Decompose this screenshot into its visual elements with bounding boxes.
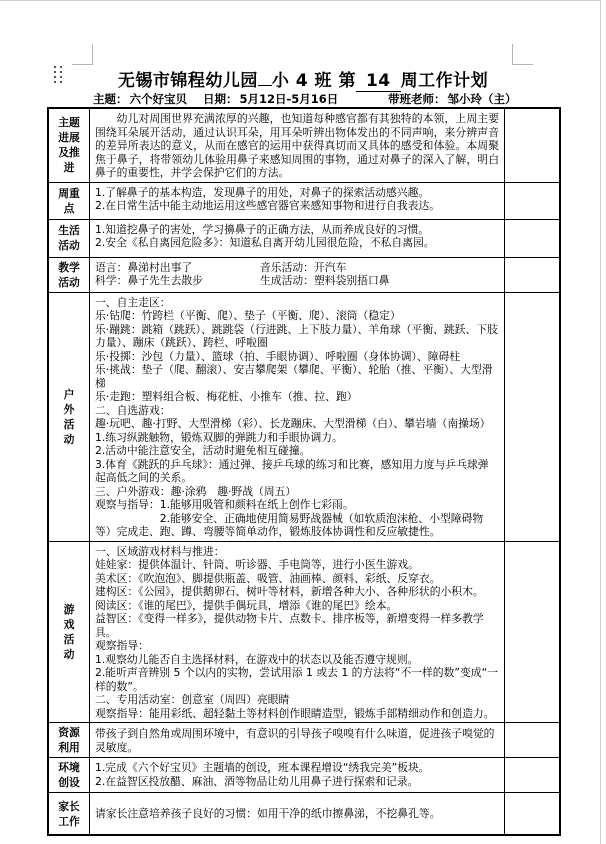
teacher-group: 带班老师：邹小玲（主） [388, 91, 523, 107]
text-line: 乐·走跑：塑料组合板、梅花桩、小推车（推、拉、跑） [95, 390, 499, 404]
page-title: 无锡市锦程幼儿园小 4 班 第14周工作计划 [0, 66, 606, 92]
theme-group: 主题：六个好宝贝 [93, 91, 193, 107]
row-label: 周重 点 [49, 183, 90, 219]
row-content: 1.知道挖鼻子的害处，学习擤鼻子的正确方法，从而养成良好的习惯。2.安全《私自离… [90, 220, 505, 257]
text-line: 观察指导： [95, 639, 499, 653]
title-week-suffix: 周工作计划 [401, 71, 489, 91]
row-label: 生活 活动 [49, 220, 90, 257]
row-content: 带孩子到自然角或周围环境中，有意识的引导孩子嗅嗅有什么味道，促进孩子嗅觉的灵敏度… [90, 723, 505, 757]
teacher-label: 带班老师： [388, 92, 446, 106]
text-line: 乐·投掷：沙包（力量）、篮球（拍、手眼协调）、呼啦圈（身体协调）、障碍柱 [95, 350, 499, 364]
text-line: 2.能够安全、正确地使用简易野战器械（如软质泡沫枪、小型障碍物等）完成走、跑、蹲… [95, 512, 499, 539]
row-content: 一、自主走区：乐·钻爬：竹跨栏（平衡、爬）、垫子（平衡、爬）、滚筒（稳定）乐·蹦… [90, 293, 505, 541]
margin-crop-mark-top-left [72, 44, 93, 65]
text-line: 乐·挑战：垫子（爬、翻滚）、安吉攀爬架（攀爬、平衡）、轮胎（推、平衡）、大型滑梯 [95, 363, 499, 390]
empty-cell [505, 220, 559, 257]
row-label: 主题 进展 及推 进 [49, 109, 90, 182]
text-line: 一、区域游戏材料与推进： [95, 545, 499, 559]
text-line: 阅读区：《谁的尾巴》，提供手偶玩具，增添《谁的尾巴》绘本。 [95, 599, 499, 613]
teacher-value: 邹小玲（主） [446, 92, 523, 108]
text-line: 1.完成《六个好宝贝》主题墙的创设，班本课程增设“绣我完美”板块。 [95, 761, 499, 775]
empty-cell [505, 793, 559, 834]
row-label: 资源 利用 [49, 723, 90, 757]
text-line: 二、专用活动室：创意室（周四）亮眼睛 [95, 693, 499, 707]
text-line: 2.在日常生活中能主动地运用这些感官器官来感知事物和进行自我表达。 [95, 199, 499, 213]
text-line: 趣·玩吧、趣·打野、大型滑梯（彩）、长龙蹦床、大型滑梯（白）、攀岩墙（南操场） [95, 417, 499, 431]
teaching-language: 语言：鼻涕村出事了 [95, 261, 260, 275]
title-week-prefix: 第 [338, 71, 356, 91]
title-school: 无锡市锦程幼儿园 [118, 71, 258, 91]
row-label: 教学 活动 [49, 258, 90, 292]
title-underline-blank [258, 85, 272, 86]
row-content: 一、区域游戏材料与推进：娃娃家：提供体温计、针筒、听诊器、手电筒等，进行小医生游… [90, 542, 505, 723]
text-line: 2.活动中能注意安全，活动时避免相互碰撞。 [95, 444, 499, 458]
table-row-outdoor-activity: 户 外 活 动 一、自主走区：乐·钻爬：竹跨栏（平衡、爬）、垫子（平衡、爬）、滚… [49, 293, 559, 542]
title-week-number: 14 [356, 71, 401, 92]
table-row-theme-progress: 主题 进展 及推 进 幼儿对周围世界充满浓厚的兴趣，也知道每种感官都有其独特的本… [49, 109, 559, 183]
teaching-generated: 生成活动：塑料袋别捂口鼻 [260, 274, 499, 288]
empty-cell [505, 109, 559, 182]
empty-cell [505, 258, 559, 292]
teaching-line-2: 科学：鼻子先生去散步 生成活动：塑料袋别捂口鼻 [95, 274, 499, 288]
text-line: 观察指导：能用彩纸、超轻黏土等材料创作眼睛造型，锻炼手部精细动作和创造力。 [95, 707, 499, 721]
empty-cell [505, 723, 559, 757]
text-line: 一、自主走区： [95, 296, 499, 310]
empty-cell [505, 293, 559, 541]
table-row-resource-use: 资源 利用 带孩子到自然角或周围环境中，有意识的引导孩子嗅嗅有什么味道，促进孩子… [49, 723, 559, 758]
text-line: 1.知道挖鼻子的害处，学习擤鼻子的正确方法，从而养成良好的习惯。 [95, 223, 499, 237]
date-value: 5月12日-5月16日 [238, 92, 345, 108]
document-page: 无锡市锦程幼儿园小 4 班 第14周工作计划 主题：六个好宝贝 日期：5月12日… [0, 0, 606, 844]
empty-cell [505, 542, 559, 723]
row-label: 游 戏 活 动 [49, 542, 90, 723]
row-label: 家长 工作 [49, 793, 90, 834]
teaching-music: 音乐活动：开汽车 [260, 261, 499, 275]
row-content: 幼儿对周围世界充满浓厚的兴趣，也知道每种感官都有其独特的本领，上周主要围绕耳朵展… [90, 109, 505, 182]
row-content: 请家长注意培养孩子良好的习惯：如用干净的纸巾擦鼻涕，不挖鼻孔等。 [90, 793, 505, 834]
page-edge-right [600, 0, 601, 844]
row-content: 1.完成《六个好宝贝》主题墙的创设，班本课程增设“绣我完美”板块。2.在益智区投… [90, 758, 505, 792]
text-line: 1.练习纵跳触物，锻炼双脚的弹跳力和手眼协调力。 [95, 431, 499, 445]
text-line: 请家长注意培养孩子良好的习惯：如用干净的纸巾擦鼻涕，不挖鼻孔等。 [95, 807, 499, 821]
table-row-life-activity: 生活 活动 1.知道挖鼻子的害处，学习擤鼻子的正确方法，从而养成良好的习惯。2.… [49, 220, 559, 258]
text-line: 2.安全《私自离园危险多》：知道私自离开幼儿园很危险，不私自离园。 [95, 236, 499, 250]
theme-value: 六个好宝贝 [128, 92, 194, 108]
text-line: 乐·钻爬：竹跨栏（平衡、爬）、垫子（平衡、爬）、滚筒（稳定） [95, 309, 499, 323]
text-line: 美术区：《吹泡泡》、脚提供瓶盖、吸管、油画棒、颜料、彩纸、反穿衣。 [95, 572, 499, 586]
date-label: 日期： [203, 92, 238, 106]
theme-progress-paragraph: 幼儿对周围世界充满浓厚的兴趣，也知道每种感官都有其独特的本领，上周主要围绕耳朵展… [95, 112, 499, 180]
row-label: 户 外 活 动 [49, 293, 90, 541]
text-line: 观察与指导：1.能够用吸管和颜料在纸上创作七彩雨。 [95, 498, 499, 512]
meta-line: 主题：六个好宝贝 日期：5月12日-5月16日 带班老师：邹小玲（主） [0, 91, 606, 107]
date-group: 日期：5月12日-5月16日 [203, 91, 344, 107]
text-line: 带孩子到自然角或周围环境中，有意识的引导孩子嗅嗅有什么味道，促进孩子嗅觉的灵敏度… [95, 727, 499, 754]
page-edge-top [0, 0, 601, 1]
text-line: 2.能听声音辨别 5 个以内的实物，尝试用添 1 或去 1 的方法将“不一样的数… [95, 666, 499, 693]
text-line: 益智区：《变得一样多》，提供动物卡片、点数卡、排序板等，新增变得一样多教学具。 [95, 612, 499, 639]
text-line: 乐·蹦跳：跳箱（跳跃）、跳跳袋（行进跳、上下肢力量）、羊角球（平衡、跳跃、下肢力… [95, 323, 499, 350]
row-content: 1.了解鼻子的基本构造，发现鼻子的用处，对鼻子的探索活动感兴趣。2.在日常生活中… [90, 183, 505, 219]
teaching-line-1: 语言：鼻涕村出事了 音乐活动：开汽车 [95, 261, 499, 275]
empty-cell [505, 183, 559, 219]
weekly-plan-table: 主题 进展 及推 进 幼儿对周围世界充满浓厚的兴趣，也知道每种感官都有其独特的本… [47, 107, 561, 836]
text-line: 建构区：《公园》，提供鹅卵石、树叶等材料，新增各种大小、各种形状的小积木。 [95, 585, 499, 599]
text-line: 1.观察幼儿能否自主选择材料，在游戏中的状态以及能否遵守规则。 [95, 653, 499, 667]
title-class: 小 4 班 [272, 71, 332, 91]
text-line: 2.在益智区投放醋、麻油、酒等物品让幼儿用鼻子进行探索和记录。 [95, 775, 499, 789]
text-line: 二、自选游戏： [95, 404, 499, 418]
theme-label: 主题： [93, 92, 128, 106]
text-line: 3.体育《跳跃的乒乓球》：通过弹、接乒乓球的练习和比赛，感知用力度与乒乓球弹起高… [95, 458, 499, 485]
row-label: 环境 创设 [49, 758, 90, 792]
margin-crop-mark-top-right [512, 44, 533, 65]
table-row-parent-work: 家长 工作 请家长注意培养孩子良好的习惯：如用干净的纸巾擦鼻涕，不挖鼻孔等。 [49, 793, 559, 834]
teaching-science: 科学：鼻子先生去散步 [95, 274, 260, 288]
text-line: 三、户外游戏：趣·涂鸦 趣·野战（周五） [95, 485, 499, 499]
empty-cell [505, 758, 559, 792]
table-row-teaching-activity: 教学 活动 语言：鼻涕村出事了 音乐活动：开汽车 科学：鼻子先生去散步 生成活动… [49, 258, 559, 293]
table-row-environment-setup: 环境 创设 1.完成《六个好宝贝》主题墙的创设，班本课程增设“绣我完美”板块。2… [49, 758, 559, 793]
row-content: 语言：鼻涕村出事了 音乐活动：开汽车 科学：鼻子先生去散步 生成活动：塑料袋别捂… [90, 258, 505, 292]
text-line: 1.了解鼻子的基本构造，发现鼻子的用处，对鼻子的探索活动感兴趣。 [95, 186, 499, 200]
text-line: 娃娃家：提供体温计、针筒、听诊器、手电筒等，进行小医生游戏。 [95, 558, 499, 572]
table-row-week-focus: 周重 点 1.了解鼻子的基本构造，发现鼻子的用处，对鼻子的探索活动感兴趣。2.在… [49, 183, 559, 220]
table-row-game-activity: 游 戏 活 动 一、区域游戏材料与推进：娃娃家：提供体温计、针筒、听诊器、手电筒… [49, 542, 559, 724]
